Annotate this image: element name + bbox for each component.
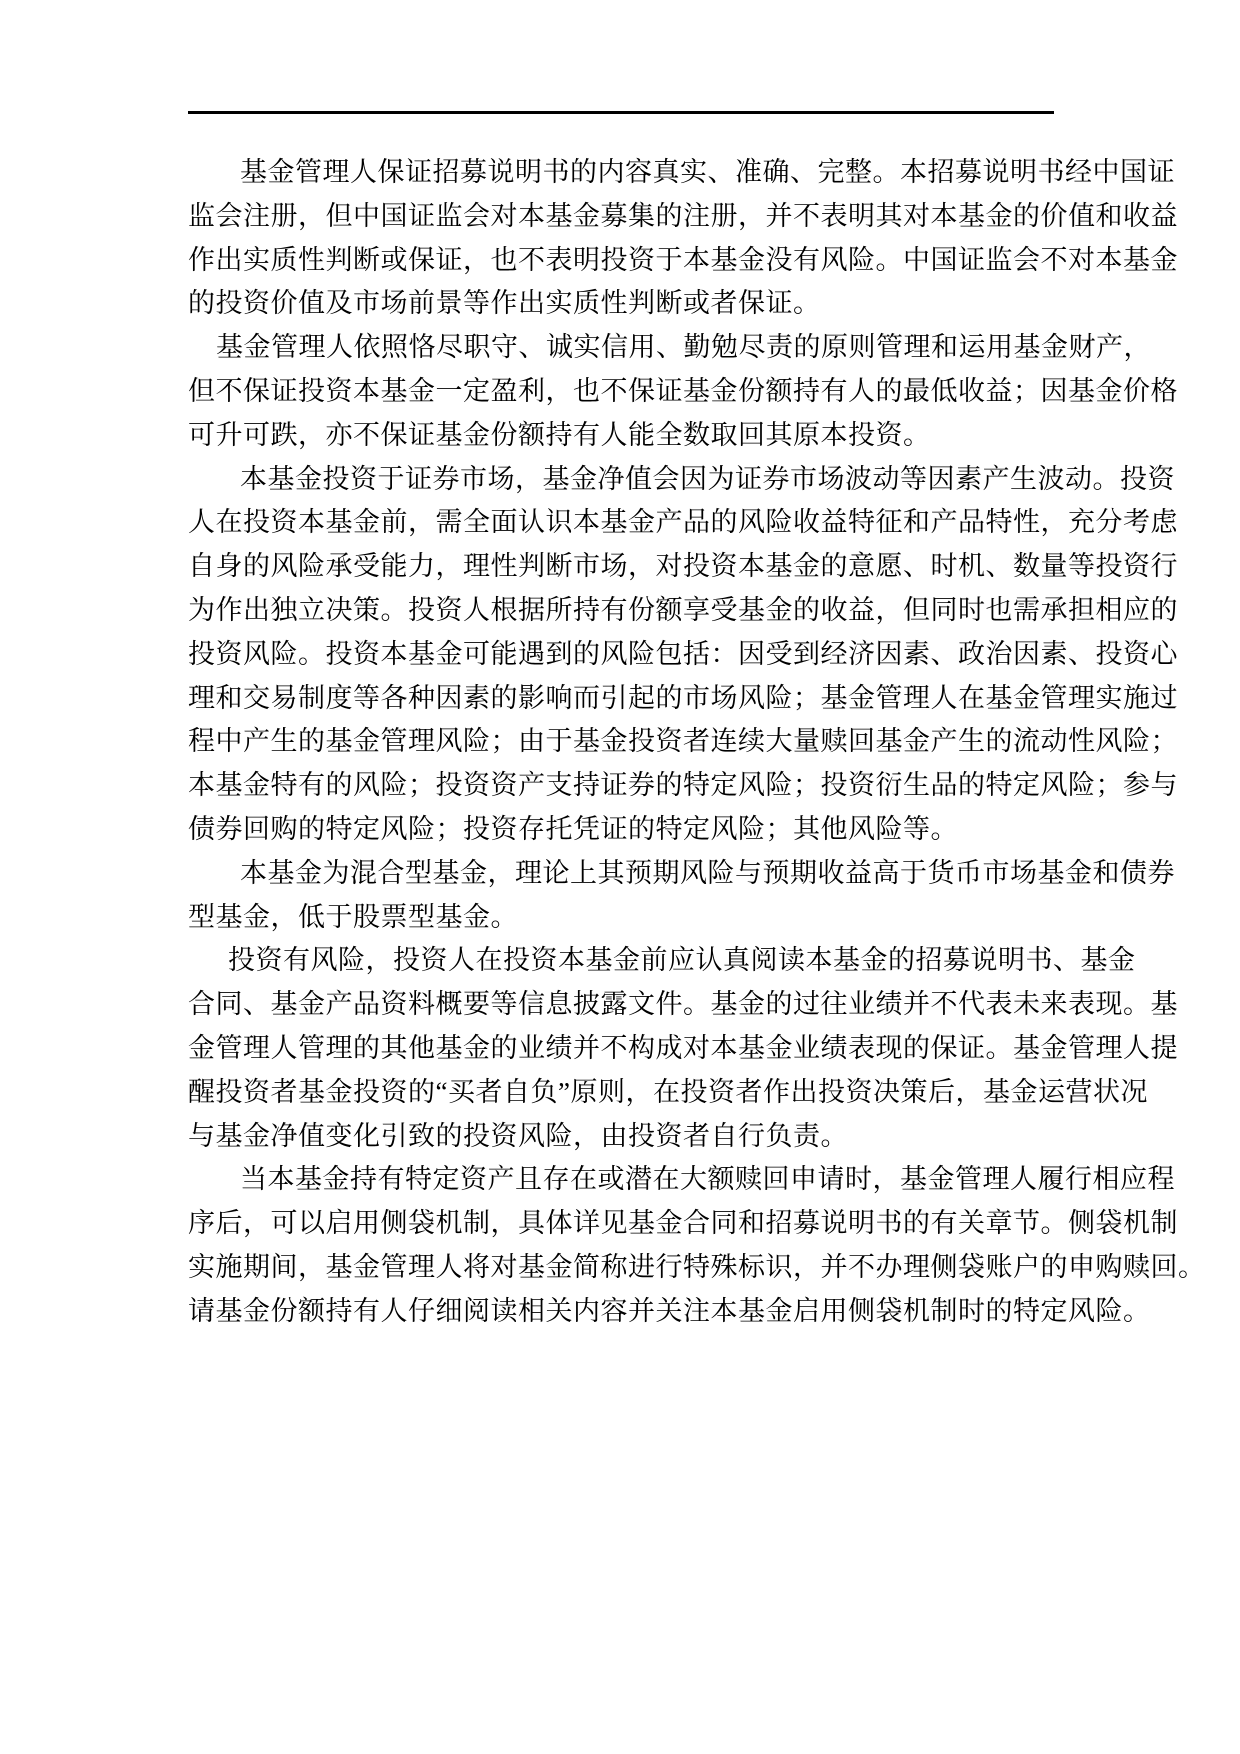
text-line: 投资风险。投资本基金可能遇到的风险包括：因受到经济因素、政治因素、投资心 <box>188 633 1088 677</box>
paragraph: 本基金为混合型基金，理论上其预期风险与预期收益高于货币市场基金和债券型基金，低于… <box>188 852 1088 940</box>
paragraph: 基金管理人保证招募说明书的内容真实、准确、完整。本招募说明书经中国证监会注册，但… <box>188 151 1088 326</box>
paragraph: 本基金投资于证券市场，基金净值会因为证券市场波动等因素产生波动。投资人在投资本基… <box>188 458 1088 852</box>
text-line: 基金管理人保证招募说明书的内容真实、准确、完整。本招募说明书经中国证 <box>188 151 1088 195</box>
text-line: 与基金净值变化引致的投资风险，由投资者自行负责。 <box>188 1115 1088 1159</box>
text-line: 金管理人管理的其他基金的业绩并不构成对本基金业绩表现的保证。基金管理人提 <box>188 1027 1088 1071</box>
text-line: 本基金特有的风险；投资资产支持证券的特定风险；投资衍生品的特定风险；参与 <box>188 764 1088 808</box>
text-line: 醒投资者基金投资的“买者自负”原则，在投资者作出投资决策后，基金运营状况 <box>188 1071 1088 1115</box>
text-line: 理和交易制度等各种因素的影响而引起的市场风险；基金管理人在基金管理实施过 <box>188 677 1088 721</box>
text-line: 合同、基金产品资料概要等信息披露文件。基金的过往业绩并不代表未来表现。基 <box>188 983 1088 1027</box>
text-line: 本基金为混合型基金，理论上其预期风险与预期收益高于货币市场基金和债券 <box>188 852 1088 896</box>
text-line: 作出实质性判断或保证，也不表明投资于本基金没有风险。中国证监会不对本基金 <box>188 239 1088 283</box>
text-line: 投资有风险，投资人在投资本基金前应认真阅读本基金的招募说明书、基金 <box>188 939 1088 983</box>
text-line: 实施期间，基金管理人将对基金简称进行特殊标识，并不办理侧袋账户的申购赎回。 <box>188 1246 1088 1290</box>
text-line: 人在投资本基金前，需全面认识本基金产品的风险收益特征和产品特性，充分考虑 <box>188 501 1088 545</box>
text-line: 但不保证投资本基金一定盈利，也不保证基金份额持有人的最低收益；因基金价格 <box>188 370 1088 414</box>
text-line: 当本基金持有特定资产且存在或潜在大额赎回申请时，基金管理人履行相应程 <box>188 1158 1088 1202</box>
text-line: 可升可跌，亦不保证基金份额持有人能全数取回其原本投资。 <box>188 414 1088 458</box>
text-line: 的投资价值及市场前景等作出实质性判断或者保证。 <box>188 282 1088 326</box>
text-line: 型基金，低于股票型基金。 <box>188 896 1088 940</box>
text-line: 请基金份额持有人仔细阅读相关内容并关注本基金启用侧袋机制时的特定风险。 <box>188 1290 1088 1334</box>
paragraph: 基金管理人依照恪尽职守、诚实信用、勤勉尽责的原则管理和运用基金财产，但不保证投资… <box>188 326 1088 457</box>
header-rule <box>188 111 1054 114</box>
document-body: 基金管理人保证招募说明书的内容真实、准确、完整。本招募说明书经中国证监会注册，但… <box>188 151 1088 1334</box>
text-line: 债券回购的特定风险；投资存托凭证的特定风险；其他风险等。 <box>188 808 1088 852</box>
document-page: 基金管理人保证招募说明书的内容真实、准确、完整。本招募说明书经中国证监会注册，但… <box>0 0 1240 1754</box>
paragraph: 当本基金持有特定资产且存在或潜在大额赎回申请时，基金管理人履行相应程序后，可以启… <box>188 1158 1088 1333</box>
text-line: 自身的风险承受能力，理性判断市场，对投资本基金的意愿、时机、数量等投资行 <box>188 545 1088 589</box>
text-line: 基金管理人依照恪尽职守、诚实信用、勤勉尽责的原则管理和运用基金财产， <box>188 326 1088 370</box>
text-line: 程中产生的基金管理风险；由于基金投资者连续大量赎回基金产生的流动性风险； <box>188 720 1088 764</box>
text-line: 序后，可以启用侧袋机制，具体详见基金合同和招募说明书的有关章节。侧袋机制 <box>188 1202 1088 1246</box>
paragraph: 投资有风险，投资人在投资本基金前应认真阅读本基金的招募说明书、基金合同、基金产品… <box>188 939 1088 1158</box>
text-line: 监会注册，但中国证监会对本基金募集的注册，并不表明其对本基金的价值和收益 <box>188 195 1088 239</box>
text-line: 本基金投资于证券市场，基金净值会因为证券市场波动等因素产生波动。投资 <box>188 458 1088 502</box>
text-line: 为作出独立决策。投资人根据所持有份额享受基金的收益，但同时也需承担相应的 <box>188 589 1088 633</box>
